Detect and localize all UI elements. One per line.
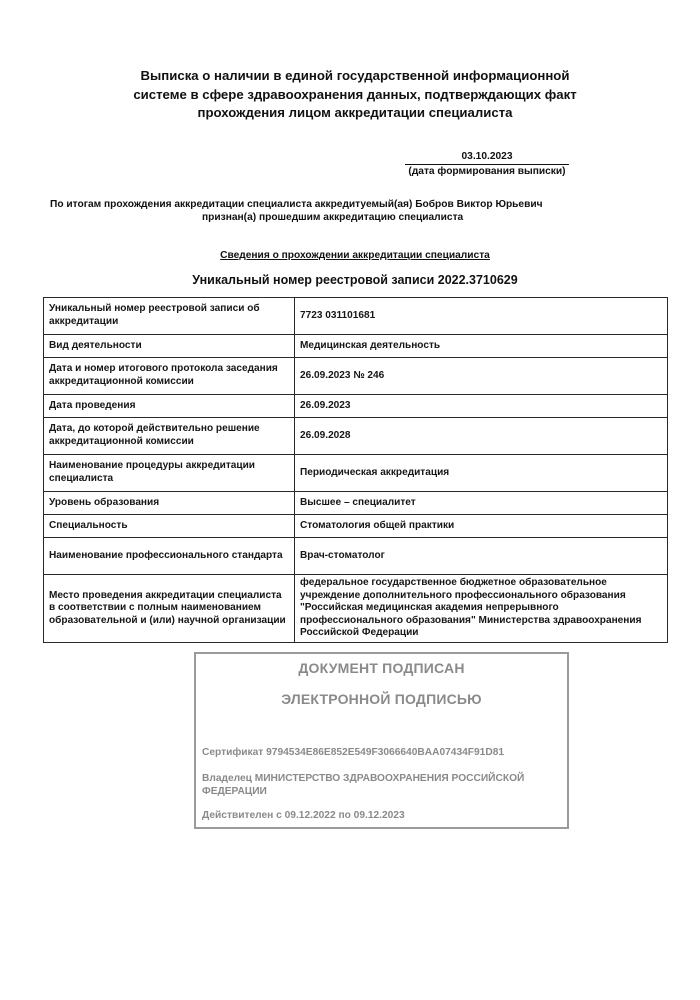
formation-date-caption: (дата формирования выписки) <box>405 165 569 179</box>
row-value: Врач-стоматолог <box>295 538 668 575</box>
electronic-signature-stamp: ДОКУМЕНТ ПОДПИСАН ЭЛЕКТРОННОЙ ПОДПИСЬЮ С… <box>194 652 569 829</box>
section-heading: Сведения о прохождении аккредитации спец… <box>100 250 610 261</box>
table-row: Специальность Стоматология общей практик… <box>44 515 668 538</box>
signature-validity: Действителен с 09.12.2022 по 09.12.2023 <box>202 809 559 822</box>
row-label: Наименование профессионального стандарта <box>44 538 295 575</box>
row-value: Периодическая аккредитация <box>295 455 668 492</box>
row-value: 26.09.2023 № 246 <box>295 358 668 395</box>
row-label: Уникальный номер реестровой записи об ак… <box>44 298 295 335</box>
row-value: 7723 031101681 <box>295 298 668 335</box>
signature-owner: Владелец МИНИСТЕРСТВО ЗДРАВООХРАНЕНИЯ РО… <box>202 772 559 798</box>
row-value: Высшее – специалитет <box>295 492 668 515</box>
signature-title-line2: ЭЛЕКТРОННОЙ ПОДПИСЬЮ <box>196 691 567 707</box>
table-row: Уровень образования Высшее – специалитет <box>44 492 668 515</box>
document-title-line: прохождения лицом аккредитации специалис… <box>100 104 610 123</box>
table-row: Место проведения аккредитации специалист… <box>44 575 668 643</box>
document-title-line: Выписка о наличии в единой государственн… <box>100 67 610 86</box>
table-row: Наименование профессионального стандарта… <box>44 538 668 575</box>
formation-date: 03.10.2023 <box>405 151 569 165</box>
row-label: Дата и номер итогового протокола заседан… <box>44 358 295 395</box>
row-label: Дата, до которой действительно решение а… <box>44 418 295 455</box>
signature-certificate: Сертификат 9794534E86E852E549F3066640BAA… <box>202 746 559 759</box>
table-row: Дата проведения 26.09.2023 <box>44 395 668 418</box>
intro-line: признан(а) прошедшим аккредитацию специа… <box>40 212 580 225</box>
row-label: Вид деятельности <box>44 335 295 358</box>
accreditation-info-table: Уникальный номер реестровой записи об ак… <box>43 297 668 643</box>
formation-date-block: 03.10.2023 (дата формирования выписки) <box>405 151 569 179</box>
row-value: федеральное государственное бюджетное об… <box>295 575 668 643</box>
document-title-line: системе в сфере здравоохранения данных, … <box>100 86 610 105</box>
table-row: Вид деятельности Медицинская деятельност… <box>44 335 668 358</box>
table-row: Наименование процедуры аккредитации спец… <box>44 455 668 492</box>
accreditation-intro: По итогам прохождения аккредитации специ… <box>40 199 580 224</box>
row-value: Медицинская деятельность <box>295 335 668 358</box>
registry-number-heading: Уникальный номер реестровой записи 2022.… <box>100 273 610 287</box>
row-label: Наименование процедуры аккредитации спец… <box>44 455 295 492</box>
row-label: Место проведения аккредитации специалист… <box>44 575 295 643</box>
table-row: Уникальный номер реестровой записи об ак… <box>44 298 668 335</box>
document-title: Выписка о наличии в единой государственн… <box>100 67 610 123</box>
row-label: Специальность <box>44 515 295 538</box>
table-row: Дата и номер итогового протокола заседан… <box>44 358 668 395</box>
row-value: Стоматология общей практики <box>295 515 668 538</box>
row-label: Уровень образования <box>44 492 295 515</box>
table-row: Дата, до которой действительно решение а… <box>44 418 668 455</box>
row-value: 26.09.2023 <box>295 395 668 418</box>
intro-line: По итогам прохождения аккредитации специ… <box>40 199 580 212</box>
signature-title-line1: ДОКУМЕНТ ПОДПИСАН <box>196 660 567 676</box>
row-label: Дата проведения <box>44 395 295 418</box>
row-value: 26.09.2028 <box>295 418 668 455</box>
